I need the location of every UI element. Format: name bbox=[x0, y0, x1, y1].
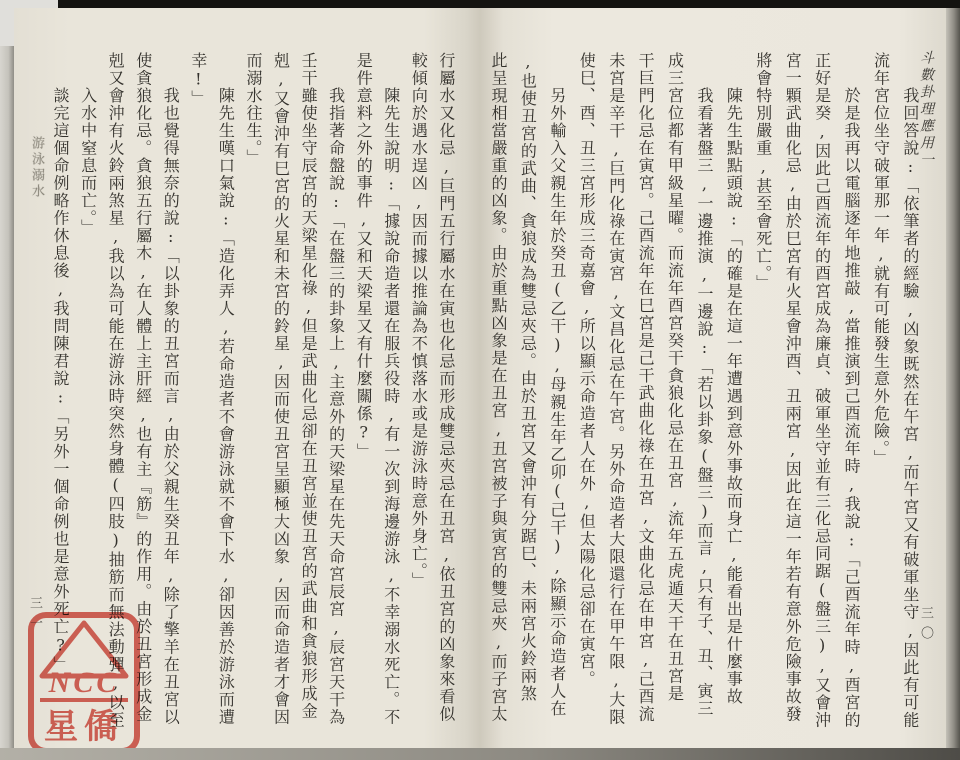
text-column: 宮一顆武曲化忌,由於巳宮有火星會沖酉、丑兩宮,因此在這一年若有意外危險事故發生, bbox=[782, 52, 802, 730]
text-column: 壬干雖使坐守辰宮的天梁星化祿,但是武曲化忌卻在丑宮並使丑宮的武曲和貪狼形成金木相 bbox=[298, 52, 318, 730]
text-column: 剋,又會沖有巳宮的火星和未宮的鈴星,因而使丑宮呈顯極大凶象,因而命造者才會因游泳 bbox=[271, 52, 291, 730]
stamp-text-xingqiao: 星僑 bbox=[44, 707, 124, 747]
right-page-text: 我回答說:「依筆者的經驗,凶象既然在午宮,而午宮又有破軍坐守,因此有可能行入 流… bbox=[488, 52, 920, 730]
scan-bottom-edge bbox=[0, 748, 960, 760]
stamp-text-ncc: NCC bbox=[48, 666, 120, 699]
text-column: 我指著命盤說:「在盤三的卦象上,主意外的天梁星在先天命宮辰宮,辰宮天干為壬, bbox=[326, 52, 346, 730]
text-column: 未宮是辛干,巨門化祿在寅宮,文昌化忌在午宮。另外命造者大限還行在甲午限,大限甲干 bbox=[606, 52, 626, 730]
text-column: 較傾向於遇水逞凶,因而據以推論為不慎落水或是游泳時意外身亡。」 bbox=[408, 52, 428, 730]
text-column: 而溺水往生。」 bbox=[243, 52, 263, 730]
text-column: 我回答說:「依筆者的經驗,凶象既然在午宮,而午宮又有破軍坐守,因此有可能行入 bbox=[900, 52, 920, 730]
text-column: ,也使丑宮的武曲、貪狼成為雙忌夾忌。由於丑宮又會沖有分踞巳、未兩宮火鈴兩煞星,因 bbox=[517, 52, 537, 730]
right-page: 斗數卦理應用一 三〇 我回答說:「依筆者的經驗,凶象既然在午宮,而午宮又有破軍坐… bbox=[480, 8, 946, 748]
page-stack-edge bbox=[946, 8, 960, 748]
text-column: 流年宮位坐守破軍那一年,就有可能發生意外危險。」 bbox=[870, 52, 890, 730]
text-column: 此呈現相當嚴重的凶象。由於重點凶象是在丑宮,丑宮被子與寅宮的雙忌夾,而子宮太陰五 bbox=[488, 52, 508, 730]
text-column: 我也覺得無奈的說:「以卦象的丑宮而言,由於父親生癸丑年,除了擎羊在丑宮以外也 bbox=[160, 52, 180, 730]
text-column: 陳先生說明:「據說命造者還在服兵役時,有一次到海邊游泳,不幸溺水死亡。不過這 bbox=[381, 52, 401, 730]
left-page-header: 游泳溺水 bbox=[27, 136, 46, 200]
text-column: 正好是癸,因此己酉流年的酉宮成為廉貞、破軍坐守並有三化忌同踞(盤三),又會沖有丑 bbox=[812, 52, 832, 730]
ncc-stamp: NCC 星僑 bbox=[26, 610, 142, 756]
text-column: 行屬水又化忌,巨門五行屬水在寅也化忌而形成雙忌夾忌在丑宮,依丑宮的凶象來看似乎比 bbox=[436, 52, 456, 730]
text-column: 將會特別嚴重,甚至會死亡。」 bbox=[753, 52, 773, 730]
text-column: 成三宮位都有甲級星曜。而流年酉宮癸干貪狼化忌在丑宮,流年五虎遁天干在丑宮是丁,丁 bbox=[665, 52, 685, 730]
text-column: 是件意料之外的事件,又和天梁星又有什麼關係?」 bbox=[353, 52, 373, 730]
left-page: 游泳溺水 三一 行屬水又化忌,巨門五行屬水在寅也化忌而形成雙忌夾忌在丑宮,依丑宮… bbox=[14, 8, 480, 748]
text-column: 於是我再以電腦逐年地推敲,當推演到己酉流年時,我說:「己酉流年時,酉宮的宮干 bbox=[841, 52, 861, 730]
text-column: 幸!」 bbox=[188, 52, 208, 730]
scan-left-edge bbox=[0, 0, 14, 760]
text-column: 陳先生嘆口氣說:「造化弄人,若命造者不會游泳就不會下水,卻因善於游泳而遭受不 bbox=[215, 52, 235, 730]
text-column: 陳先生點點頭說:「的確是在這一年遭遇到意外事故而身亡,能看出是什麼事故嗎?」 bbox=[723, 52, 743, 730]
text-column: 干巨門化忌在寅宮。己酉流年在巳宮是己干武曲化祿在丑宮,文曲化忌在申宮,己酉流年在 bbox=[635, 52, 655, 730]
text-column: 另外輸入父親生年於癸丑(乙干),母親生年乙卯(己干),除顯示命造者人在家門外 bbox=[547, 52, 567, 730]
text-column: 使巳、酉、丑三宮形成三奇嘉會,所以顯示命造者人在外,但太陽化忌卻在寅宮。 bbox=[576, 52, 596, 730]
text-column: 我看著盤三,一邊推演,一邊說:「若以卦象(盤三)而言,只有子、丑、寅三宮有形 bbox=[694, 52, 714, 730]
